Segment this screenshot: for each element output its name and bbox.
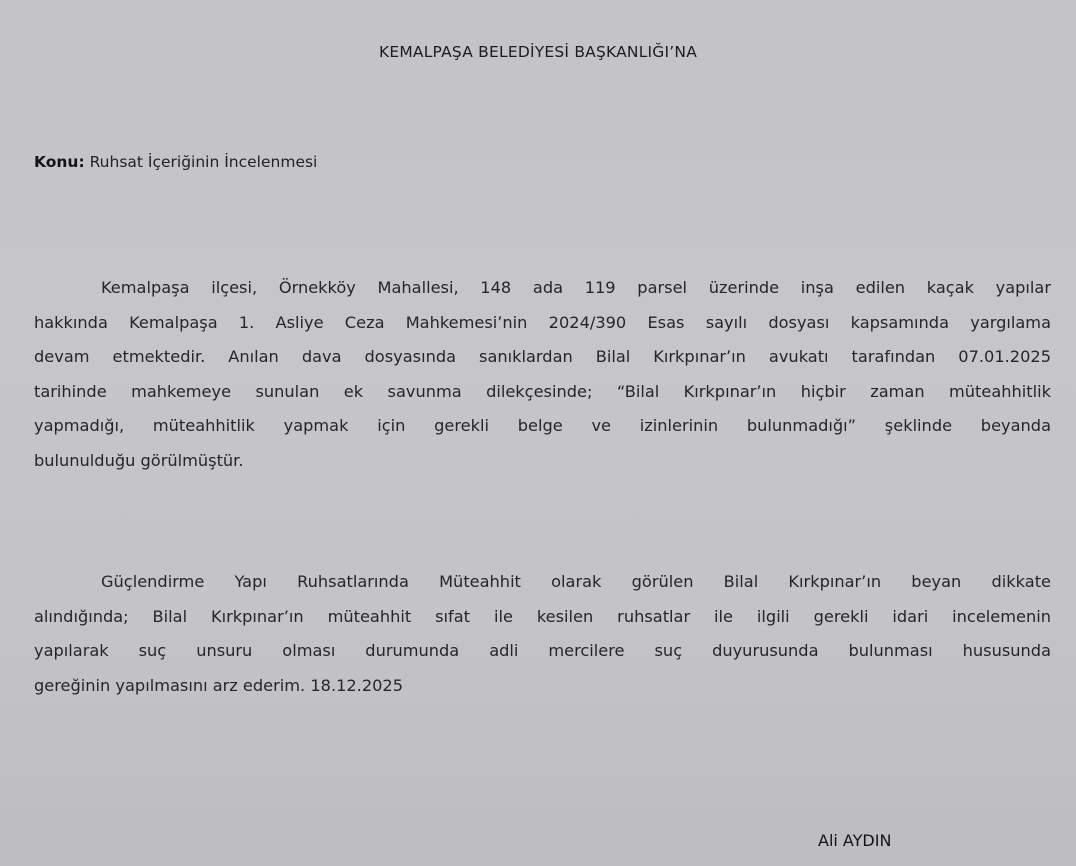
- paragraph-line: yapmadığı, müteahhitlik yapmak için gere…: [34, 409, 1051, 444]
- paragraph-2: Güçlendirme Yapı Ruhsatlarında Müteahhit…: [34, 565, 1051, 703]
- paragraph-line: yapılarak suç unsuru olması durumunda ad…: [34, 634, 1051, 669]
- paragraph-line: Güçlendirme Yapı Ruhsatlarında Müteahhit…: [34, 565, 1051, 600]
- paragraph-line: devam etmektedir. Anılan dava dosyasında…: [34, 340, 1051, 375]
- subject-label: Konu:: [34, 153, 85, 171]
- paragraph-line: alındığında; Bilal Kırkpınar’ın müteahhi…: [34, 600, 1051, 635]
- addressee-heading: KEMALPAŞA BELEDİYESİ BAŞKANLIĞI’NA: [0, 43, 1076, 61]
- document-page: KEMALPAŞA BELEDİYESİ BAŞKANLIĞI’NA Konu:…: [0, 0, 1076, 866]
- paragraph-1: Kemalpaşa ilçesi, Örnekköy Mahallesi, 14…: [34, 271, 1051, 478]
- subject-text: Ruhsat İçeriğinin İncelenmesi: [90, 153, 318, 171]
- subject-line: Konu: Ruhsat İçeriğinin İncelenmesi: [34, 153, 317, 171]
- paragraph-line: Kemalpaşa ilçesi, Örnekköy Mahallesi, 14…: [34, 271, 1051, 306]
- paragraph-line: gereğinin yapılmasını arz ederim. 18.12.…: [34, 669, 1051, 704]
- signature-name: Ali AYDIN: [818, 831, 891, 850]
- paragraph-line: tarihinde mahkemeye sunulan ek savunma d…: [34, 375, 1051, 410]
- paragraph-line: bulunulduğu görülmüştür.: [34, 444, 1051, 479]
- paragraph-line: hakkında Kemalpaşa 1. Asliye Ceza Mahkem…: [34, 306, 1051, 341]
